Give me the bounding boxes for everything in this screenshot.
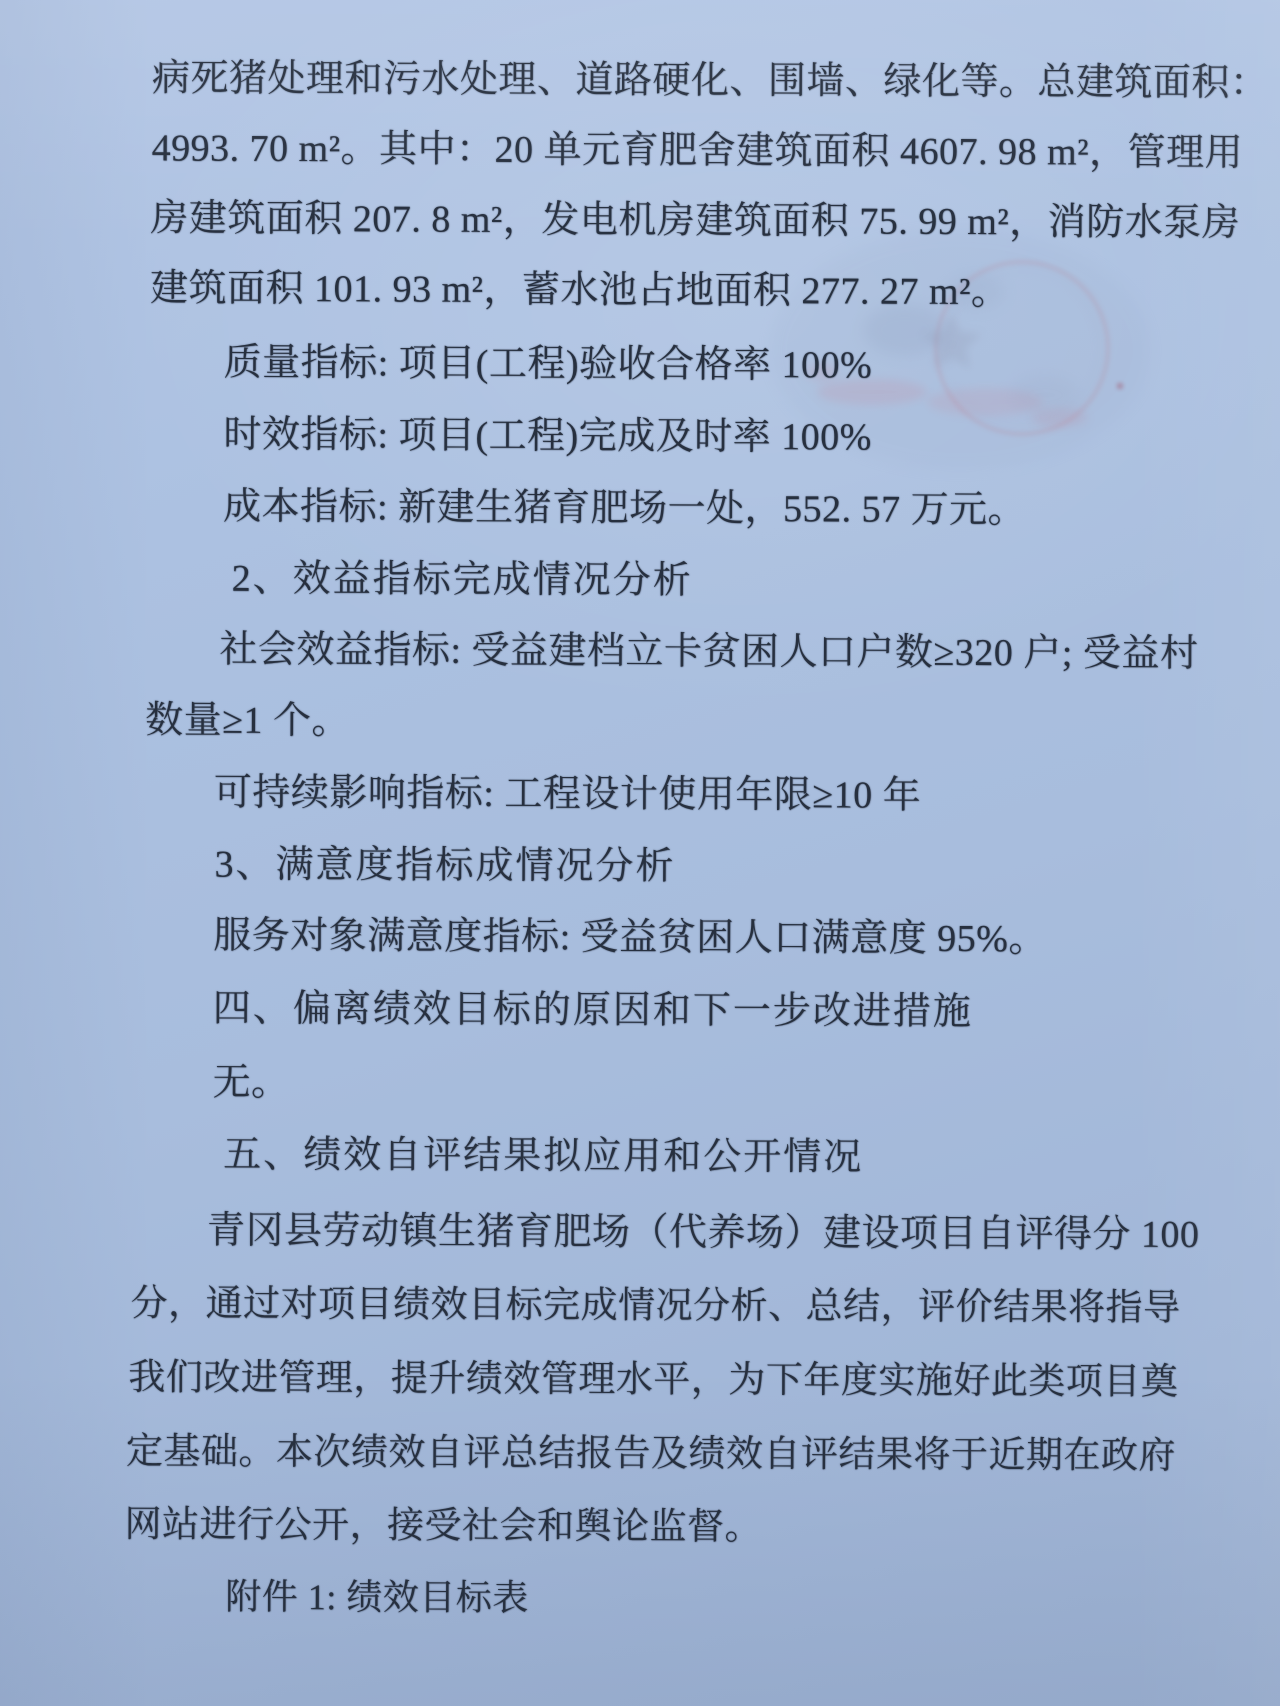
text-line: 附件 1: 绩效目标表 — [225, 1576, 529, 1620]
text-line: 定基础。本次绩效自评总结报告及绩效自评结果将于近期在政府 — [126, 1430, 1176, 1478]
text-line: 时效指标: 项目(工程)完成及时率 100% — [223, 413, 872, 461]
text-line: 青冈县劳动镇生猪育肥场（代养场）建设项目自评得分 100 — [207, 1209, 1200, 1258]
text-line: 四、偏离绩效目标的原因和下一步改进措施 — [213, 987, 973, 1035]
text-line: 无。 — [212, 1061, 289, 1106]
text-line: 网站进行公开，接受社会和舆论监督。 — [125, 1503, 763, 1549]
text-line: 数量≥1 个。 — [145, 698, 350, 744]
text-line: 五、绩效自评结果拟应用和公开情况 — [223, 1133, 863, 1181]
text-line: 质量指标: 项目(工程)验收合格率 100% — [224, 341, 873, 389]
text-line: 我们改进管理，提升绩效管理水平，为下年度实施好此类项目奠 — [128, 1356, 1178, 1404]
text-line: 服务对象满意度指标: 受益贫困人口满意度 95%。 — [213, 914, 1047, 962]
text-line: 病死猪处理和污水处理、道路硬化、围墙、绿化等。总建筑面积： — [152, 56, 1269, 106]
document-photo: 病死猪处理和污水处理、道路硬化、围墙、绿化等。总建筑面积：4993. 70 m²… — [0, 0, 1280, 1706]
text-line: 社会效益指标: 受益建档立卡贫困人口户数≥320 户; 受益村 — [219, 628, 1198, 677]
document-text: 病死猪处理和污水处理、道路硬化、围墙、绿化等。总建筑面积：4993. 70 m²… — [0, 0, 1280, 1706]
text-line: 房建筑面积 207. 8 m²，发电机房建筑面积 75. 99 m²，消防水泵房 — [150, 196, 1240, 246]
text-line: 2、效益指标完成情况分析 — [232, 557, 693, 604]
text-line: 建筑面积 101. 93 m²，蓄水池占地面积 277. 27 m²。 — [150, 266, 1010, 315]
text-line: 可持续影响指标: 工程设计使用年限≥10 年 — [214, 771, 922, 819]
text-line: 分，通过对项目绩效目标完成情况分析、总结，评价结果将指导 — [130, 1282, 1180, 1330]
text-line: 成本指标: 新建生猪育肥场一处，552. 57 万元。 — [223, 485, 1026, 533]
text-line: 4993. 70 m²。其中：20 单元育肥舍建筑面积 4607. 98 m²，… — [152, 126, 1244, 176]
text-line: 3、满意度指标成情况分析 — [214, 843, 675, 890]
